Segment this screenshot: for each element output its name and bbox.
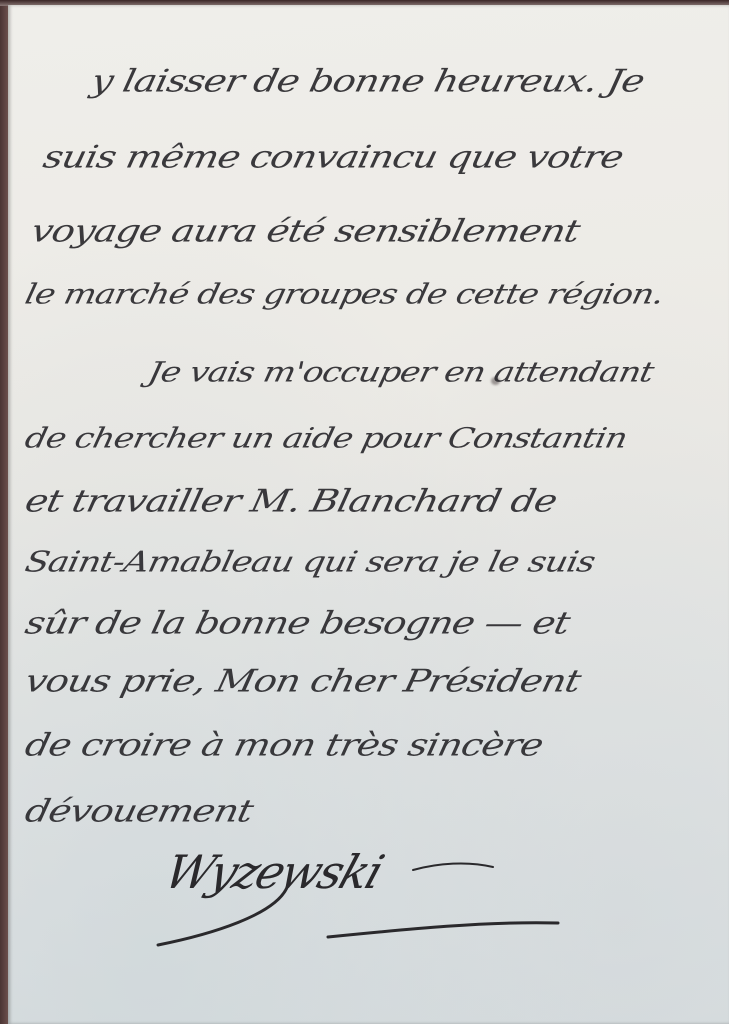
signature-flourish-icon: [148, 845, 568, 955]
letter-line-12: dévouement: [22, 793, 256, 829]
letter-line-4: le marché des groupes de cette région.: [22, 278, 666, 311]
letter-line-7: et travailler M. Blanchard de: [22, 483, 560, 519]
letter-line-1: y laisser de bonne heureux. Je: [88, 63, 647, 99]
letter-line-5: Je vais m'occuper en attendant: [145, 356, 656, 389]
letter-line-10: vous prie, Mon cher Président: [22, 663, 584, 699]
letter-paper: y laisser de bonne heureux. Je suis même…: [8, 5, 729, 1024]
letter-line-3: voyage aura été sensiblement: [28, 213, 583, 249]
letter-line-2: suis même convaincu que votre: [40, 139, 626, 175]
letter-line-8: Saint-Amableau qui sera je le suis: [22, 546, 598, 579]
background-edge-left: [0, 0, 8, 1024]
letter-line-6: de chercher un aide pour Constantin: [22, 422, 630, 455]
letter-line-9: sûr de la bonne besogne — et: [22, 605, 573, 641]
letter-line-11: de croire à mon très sincère: [22, 727, 546, 763]
